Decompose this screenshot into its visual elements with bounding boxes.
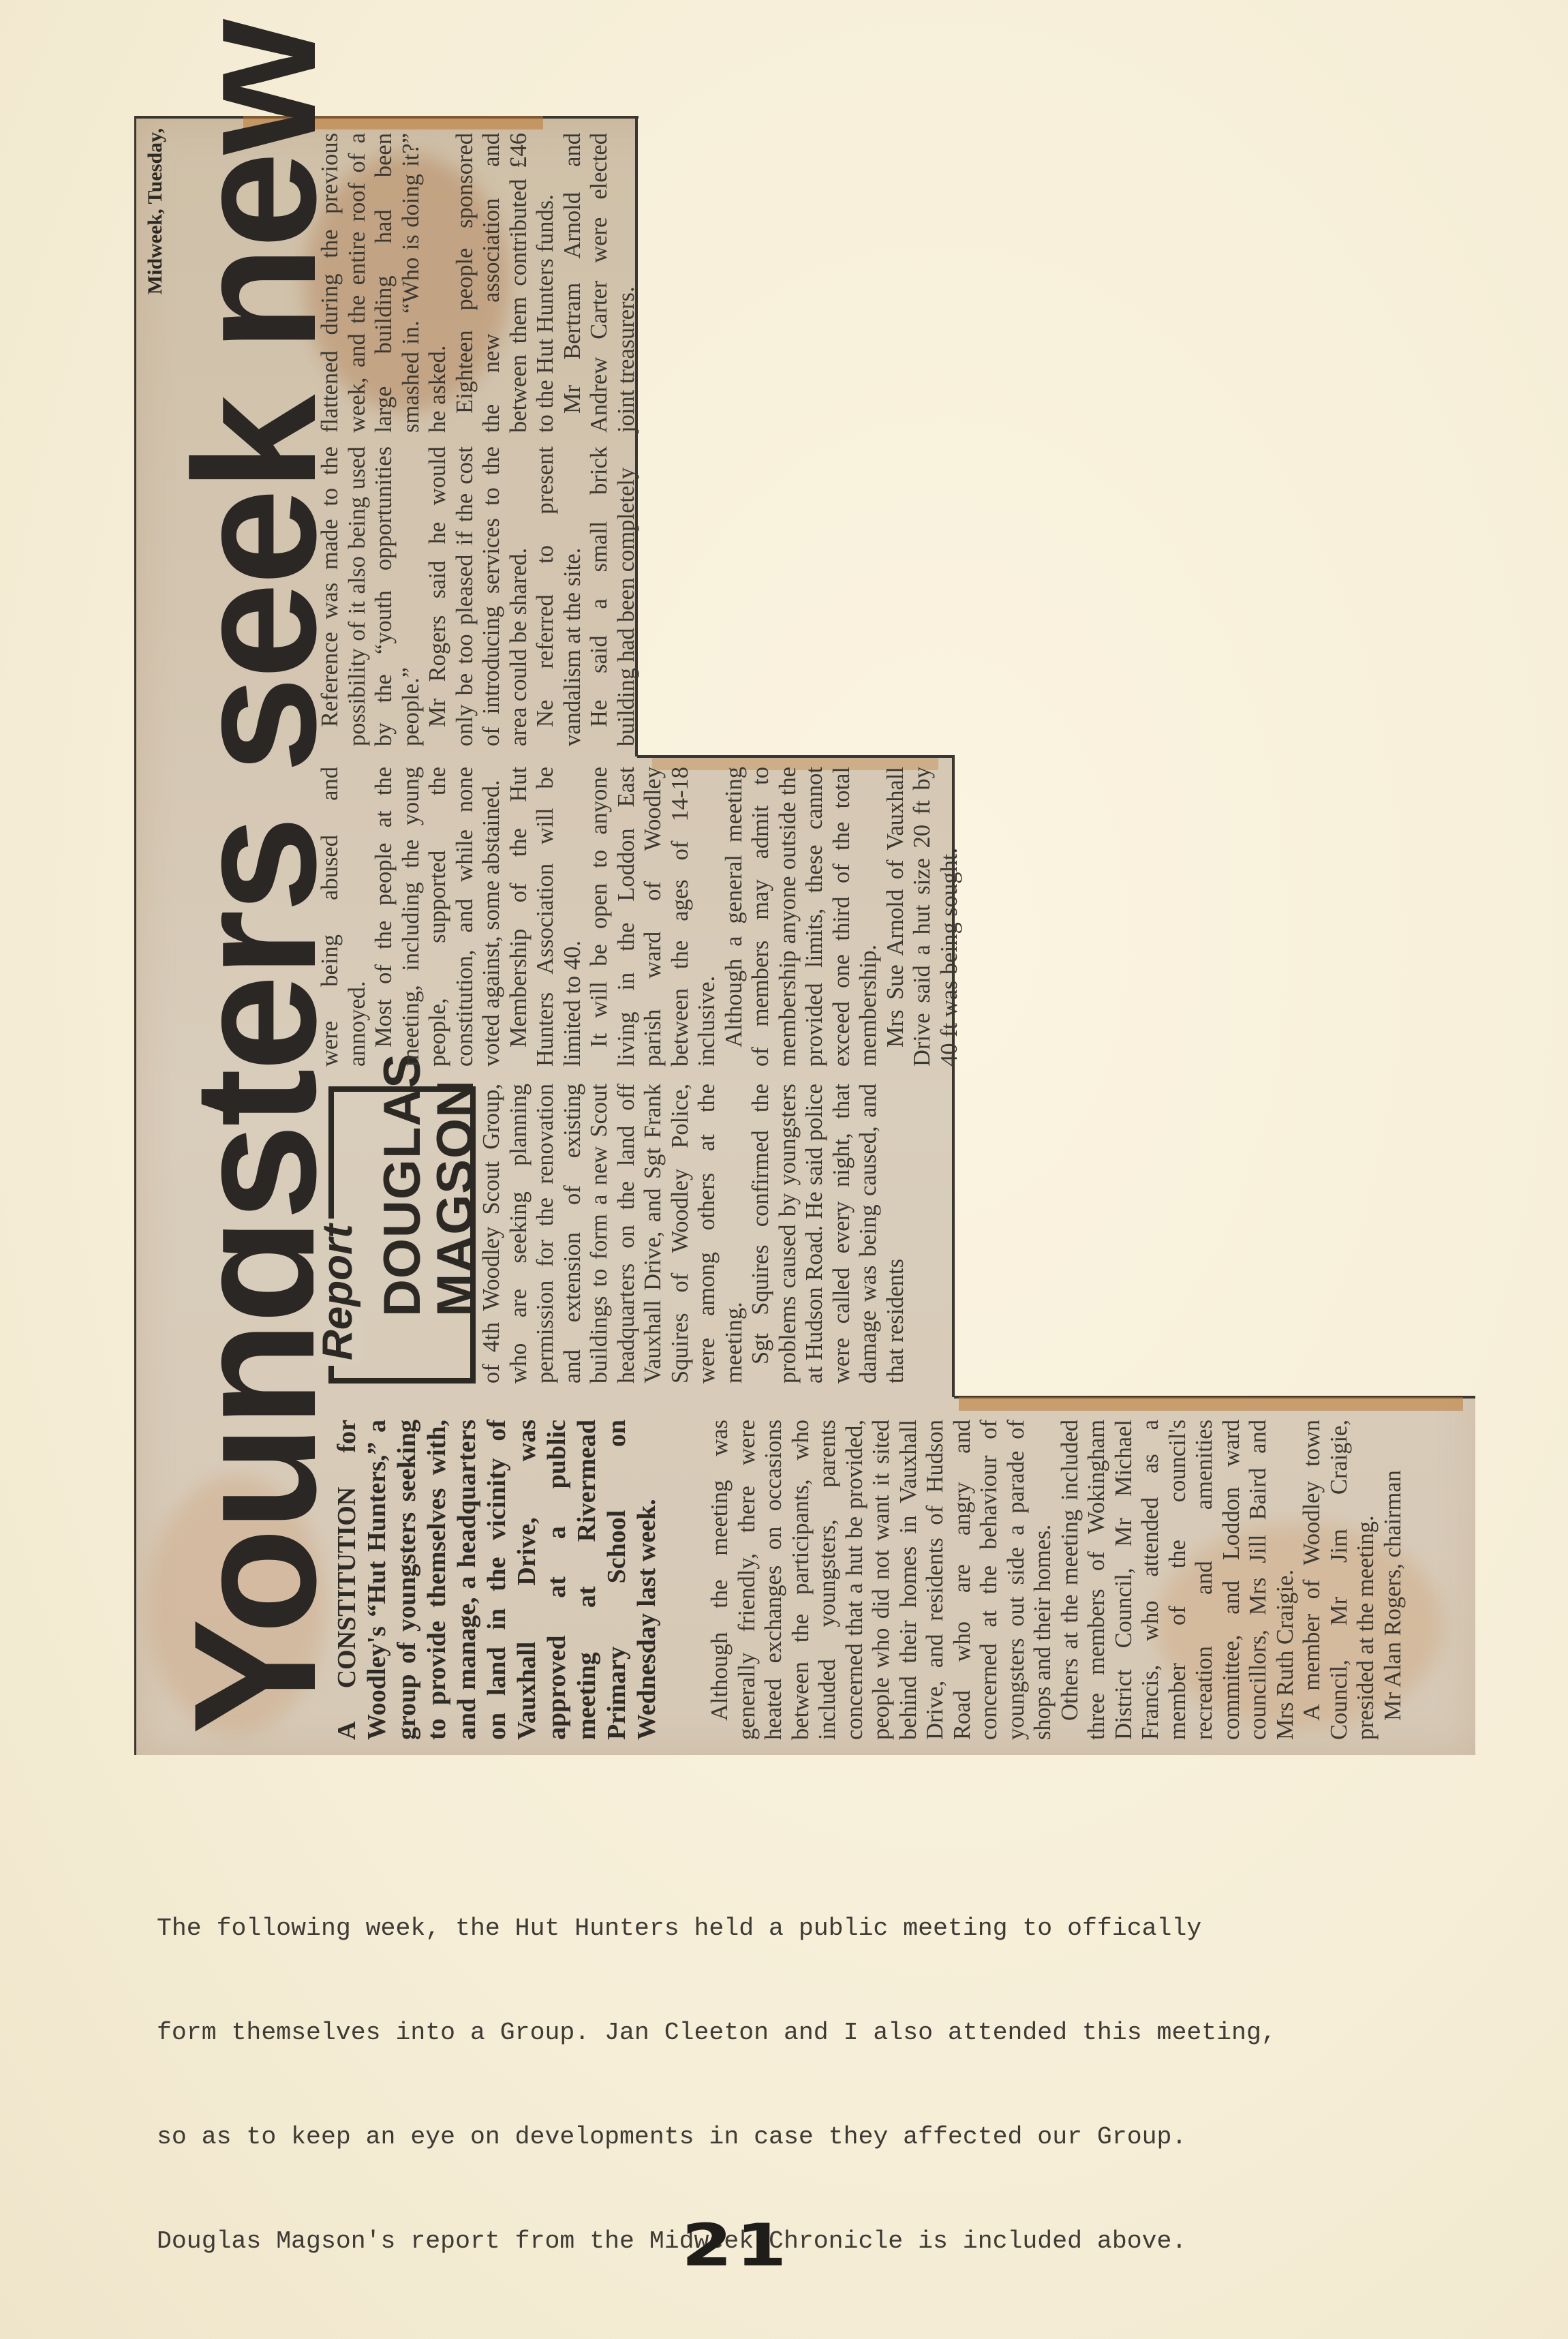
paragraph: It will be open to anyone living in the … xyxy=(586,767,721,1067)
column-5: flattened during the previous week, and … xyxy=(317,133,640,433)
paragraph: Although the meeting was generally frien… xyxy=(707,1420,1057,1740)
column-3: were being abused and annoyed.Most of th… xyxy=(317,767,963,1067)
tape-strip xyxy=(959,1397,1463,1411)
column-4: Reference was made to the possibility of… xyxy=(317,446,640,746)
paragraph: He said a small brick building had been … xyxy=(586,446,640,746)
caption-line: The following week, the Hut Hunters held… xyxy=(157,1911,1451,1946)
caption-line: so as to keep an eye on developments in … xyxy=(157,2120,1451,2154)
paragraph: Although a general meeting of members ma… xyxy=(721,767,882,1067)
page-number: 21 xyxy=(681,2212,790,2280)
byline-name: DOUGLAS MAGSON xyxy=(376,1053,482,1317)
caption-line: Douglas Magson's report from the Midweek… xyxy=(157,2224,1451,2259)
paragraph: Mr Alan Rogers, chairman xyxy=(1380,1420,1407,1740)
column-2: of 4th Woodley Scout Group, who are seek… xyxy=(478,1084,909,1383)
typewritten-caption: The following week, the Hut Hunters held… xyxy=(157,1841,1451,2293)
paragraph: Membership of the Hut Hunters Associatio… xyxy=(506,767,587,1067)
newspaper-clipping: Midweek, Tuesday, Youngsters seek new HQ… xyxy=(134,116,1475,1755)
paragraph: were being abused and annoyed. xyxy=(317,767,371,1067)
lead-paragraph: A CONSTITUTION for Woodley's “Hut Hunter… xyxy=(332,1420,662,1740)
paragraph: Mr Rogers said he would only be too plea… xyxy=(425,446,532,746)
headline: Youngsters seek new HQ xyxy=(168,0,342,1734)
paragraph: Most of the people at the meeting, inclu… xyxy=(371,767,506,1067)
paragraph: Ne referred to present vandalism at the … xyxy=(532,446,586,746)
paragraph: Mrs Sue Arnold of Vauxhall Drive said a … xyxy=(882,767,964,1067)
paragraph: Reference was made to the possibility of… xyxy=(317,446,425,746)
byline-box: Report DOUGLAS MAGSON xyxy=(328,1086,476,1383)
paragraph: Sgt Squires confirmed the problems cause… xyxy=(748,1084,909,1383)
paragraph: A member of Woodley town Council, Mr Jim… xyxy=(1299,1420,1380,1740)
paragraph: flattened during the previous week, and … xyxy=(317,133,452,433)
caption-line: form themselves into a Group. Jan Cleeto… xyxy=(157,2015,1451,2050)
paragraph: of 4th Woodley Scout Group, who are seek… xyxy=(478,1084,748,1383)
paragraph: Eighteen people sponsored the new associ… xyxy=(452,133,559,433)
lead-text: A CONSTITUTION for Woodley's “Hut Hunter… xyxy=(332,1420,662,1740)
byline-name-line2: MAGSON xyxy=(429,1053,482,1317)
byline-name-line1: DOUGLAS xyxy=(376,1053,429,1317)
clipping-rotated-frame: Midweek, Tuesday, Youngsters seek new HQ… xyxy=(134,116,1475,1755)
byline-label: Report xyxy=(313,1219,362,1366)
column-1-continued: Although the meeting was generally frien… xyxy=(707,1420,1406,1740)
paragraph: Others at the meeting included three mem… xyxy=(1057,1420,1300,1740)
paragraph: Mr Bertram Arnold and Andrew Carter were… xyxy=(559,133,641,433)
